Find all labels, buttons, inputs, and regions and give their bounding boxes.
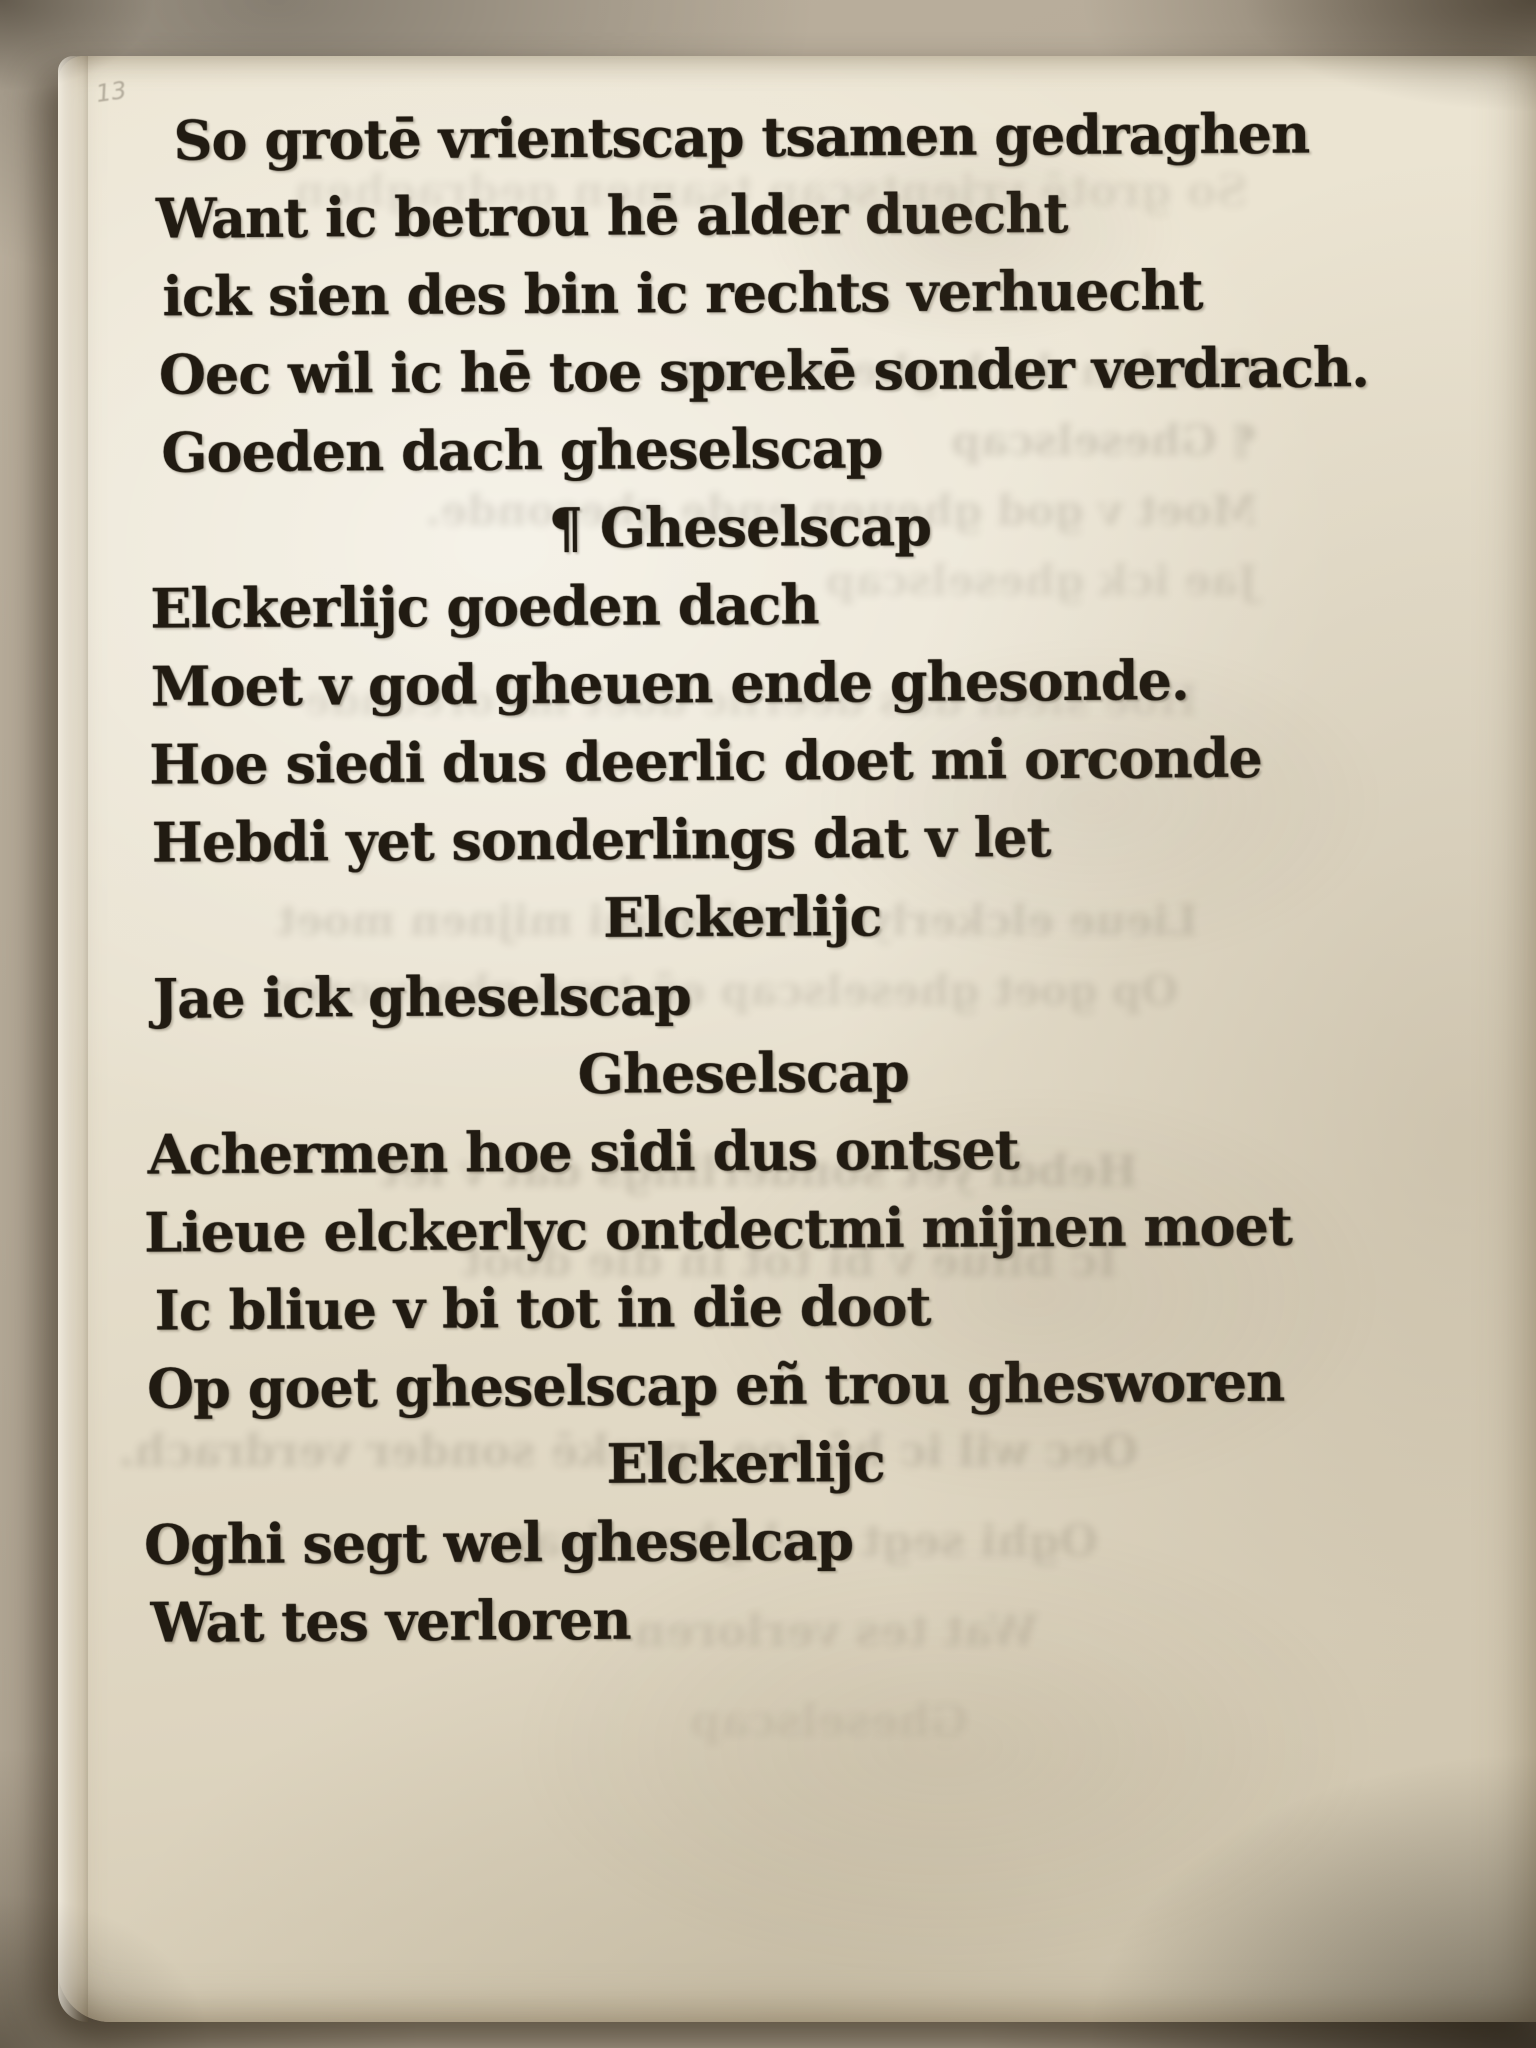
- speaker-heading: Elckerlijc: [155, 1420, 1335, 1505]
- verse-line: Hebdi yet sonderlings dat v let: [152, 796, 1332, 881]
- book-page: 13 So grotē vrientscap tsamen gedraghenG…: [58, 56, 1536, 2022]
- verse-line: Wat tes verloren: [150, 1576, 1336, 1661]
- pencil-folio-number: 13: [94, 76, 128, 108]
- photo-frame: 13 So grotē vrientscap tsamen gedraghenG…: [0, 0, 1536, 2048]
- verse-line: Jae ick gheselscap: [152, 952, 1332, 1037]
- verse-line: Oghi segt wel gheselcap: [144, 1498, 1336, 1583]
- ghost-line: Gheselscap: [528, 1696, 968, 1747]
- text-block: So grotē vrientscap tsamen gedraghenWant…: [147, 94, 1337, 1661]
- verse-line: Want ic betrou hē alder duecht: [156, 172, 1328, 257]
- speaker-heading: Gheselscap: [153, 1030, 1333, 1115]
- verse-line: Achermen hoe sidi dus ontset: [147, 1108, 1333, 1193]
- verse-line: Lieue elckerlyc ontdectmi mijnen moet: [144, 1186, 1334, 1271]
- verse-line: Op goet gheselscap eñ trou ghesworen: [147, 1342, 1335, 1427]
- speaker-heading: Elckerlijc: [152, 874, 1332, 959]
- verse-line: Oec wil ic hē toe sprekē sonder verdrach…: [159, 328, 1329, 413]
- page-edge: [58, 56, 88, 2022]
- verse-line: Hoe siedi dus deerlic doet mi orconde: [149, 718, 1331, 803]
- verse-line: So grotē vrientscap tsamen gedraghen: [173, 94, 1327, 179]
- verse-line: Elckerlijc goeden dach: [150, 562, 1330, 647]
- verse-line: ick sien des bin ic rechts verhuecht: [162, 250, 1328, 335]
- speaker-heading: ¶ Gheselscap: [150, 484, 1330, 569]
- verse-line: Moet v god gheuen ende ghesonde.: [151, 640, 1331, 725]
- verse-line: Goeden dach gheselscap: [161, 406, 1329, 491]
- verse-line: Ic bliue v bi tot in die doot: [154, 1264, 1334, 1349]
